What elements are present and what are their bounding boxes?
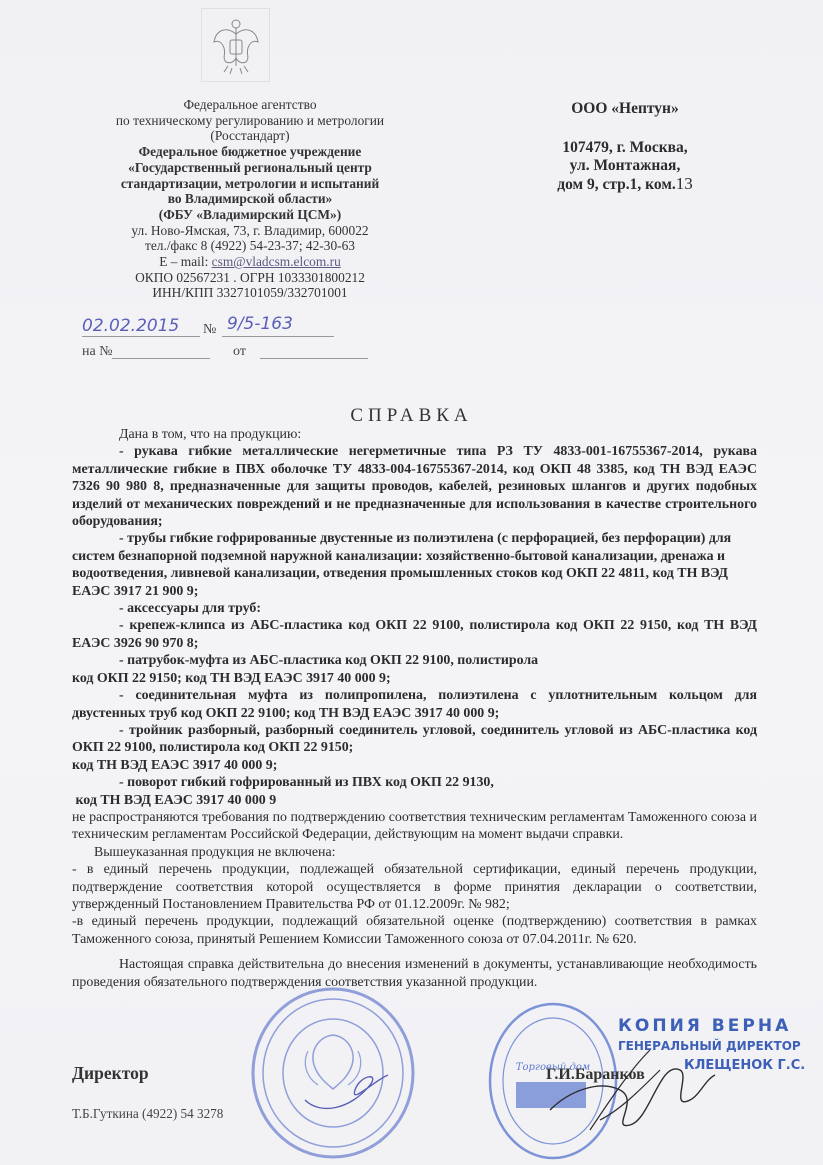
not-included-intro: Вышеуказанная продукция не включена: bbox=[72, 844, 757, 861]
coat-of-arms-icon bbox=[201, 8, 270, 82]
header-line: Федеральное бюджетное учреждение bbox=[100, 144, 400, 160]
product-item: код ОКП 22 9150; код ТН ВЭД ЕАЭС 3917 40… bbox=[72, 670, 757, 687]
product-item: - поворот гибкий гофрированный из ПВХ ко… bbox=[72, 774, 757, 791]
product-item: код ТН ВЭД ЕАЭС 3917 40 000 9; bbox=[72, 757, 757, 774]
contact-person: Т.Б.Гуткина (4922) 54 3278 bbox=[72, 1106, 223, 1122]
product-item: - патрубок-муфта из АБС-пластика код ОКП… bbox=[72, 652, 757, 669]
ref-label: на № bbox=[82, 344, 113, 360]
from-label: от bbox=[233, 344, 246, 360]
number-label: № bbox=[203, 322, 216, 338]
email-label: E – mail: bbox=[159, 254, 211, 269]
recipient-address-1: 107479, г. Москва, bbox=[520, 139, 730, 157]
product-item: - трубы гибкие гофрированные двустенные … bbox=[72, 530, 757, 600]
header-line: стандартизации, метрологии и испытаний bbox=[100, 176, 400, 192]
document-title: СПРАВКА bbox=[0, 405, 823, 427]
product-item: - соединительная муфта из полипропилена,… bbox=[72, 687, 757, 722]
not-included-item: -в единый перечень продукции, подлежащий… bbox=[72, 913, 757, 948]
header-line: (Росстандарт) bbox=[100, 128, 400, 144]
intro-text: Дана в том, что на продукцию: bbox=[72, 426, 757, 443]
blue-signature-icon bbox=[300, 1060, 390, 1125]
recipient-company: ООО «Нептун» bbox=[520, 100, 730, 118]
not-included-item: - в единый перечень продукции, подлежаще… bbox=[72, 861, 757, 913]
recipient-address-3: дом 9, стр.1, ком.13 bbox=[520, 175, 730, 194]
recipient-address-2: ул. Монтажная, bbox=[520, 157, 730, 175]
sender-header: Федеральное агентство по техническому ре… bbox=[100, 97, 400, 301]
header-line: во Владимирской области» bbox=[100, 191, 400, 207]
product-item: - аксессуары для труб: bbox=[72, 600, 757, 617]
document-page: Федеральное агентство по техническому ре… bbox=[0, 0, 823, 1165]
number-handwritten: 9/5-163 bbox=[227, 314, 293, 334]
product-item: - рукава гибкие металлические негерметич… bbox=[72, 443, 757, 530]
registration-block: 02.02.2015 № 9/5-163 на № от bbox=[82, 322, 372, 366]
document-body: Дана в том, что на продукцию: - рукава г… bbox=[72, 426, 757, 991]
product-item: код ТН ВЭД ЕАЭС 3917 40 000 9 bbox=[72, 792, 757, 809]
header-line: тел./факс 8 (4922) 54-23-37; 42-30-63 bbox=[100, 238, 400, 254]
product-item: - тройник разборный, разборный соедините… bbox=[72, 722, 757, 757]
okpo-ogrn: ОКПО 02567231 . ОГРН 1033301800212 bbox=[100, 270, 400, 286]
signatory-position: Директор bbox=[72, 1063, 149, 1084]
recipient-block: ООО «Нептун» 107479, г. Москва, ул. Монт… bbox=[520, 100, 730, 194]
header-line: «Государственный региональный центр bbox=[100, 160, 400, 176]
email-line: E – mail: csm@vladcsm.elcom.ru bbox=[100, 254, 400, 270]
inn-kpp: ИНН/КПП 3327101059/332701001 bbox=[100, 285, 400, 301]
product-item: - крепеж-клипса из АБС-пластика код ОКП … bbox=[72, 617, 757, 652]
room-number: 13 bbox=[676, 174, 693, 193]
statement-text: не распространяются требования по подтве… bbox=[72, 809, 757, 844]
email-link[interactable]: csm@vladcsm.elcom.ru bbox=[212, 254, 341, 269]
header-line: ул. Ново-Ямская, 73, г. Владимир, 600022 bbox=[100, 223, 400, 239]
header-line: (ФБУ «Владимирский ЦСМ») bbox=[100, 207, 400, 223]
handwritten-signature-icon bbox=[530, 1030, 720, 1145]
header-line: Федеральное агентство bbox=[100, 97, 400, 113]
header-line: по техническому регулированию и метролог… bbox=[100, 113, 400, 129]
date-handwritten: 02.02.2015 bbox=[82, 316, 179, 336]
